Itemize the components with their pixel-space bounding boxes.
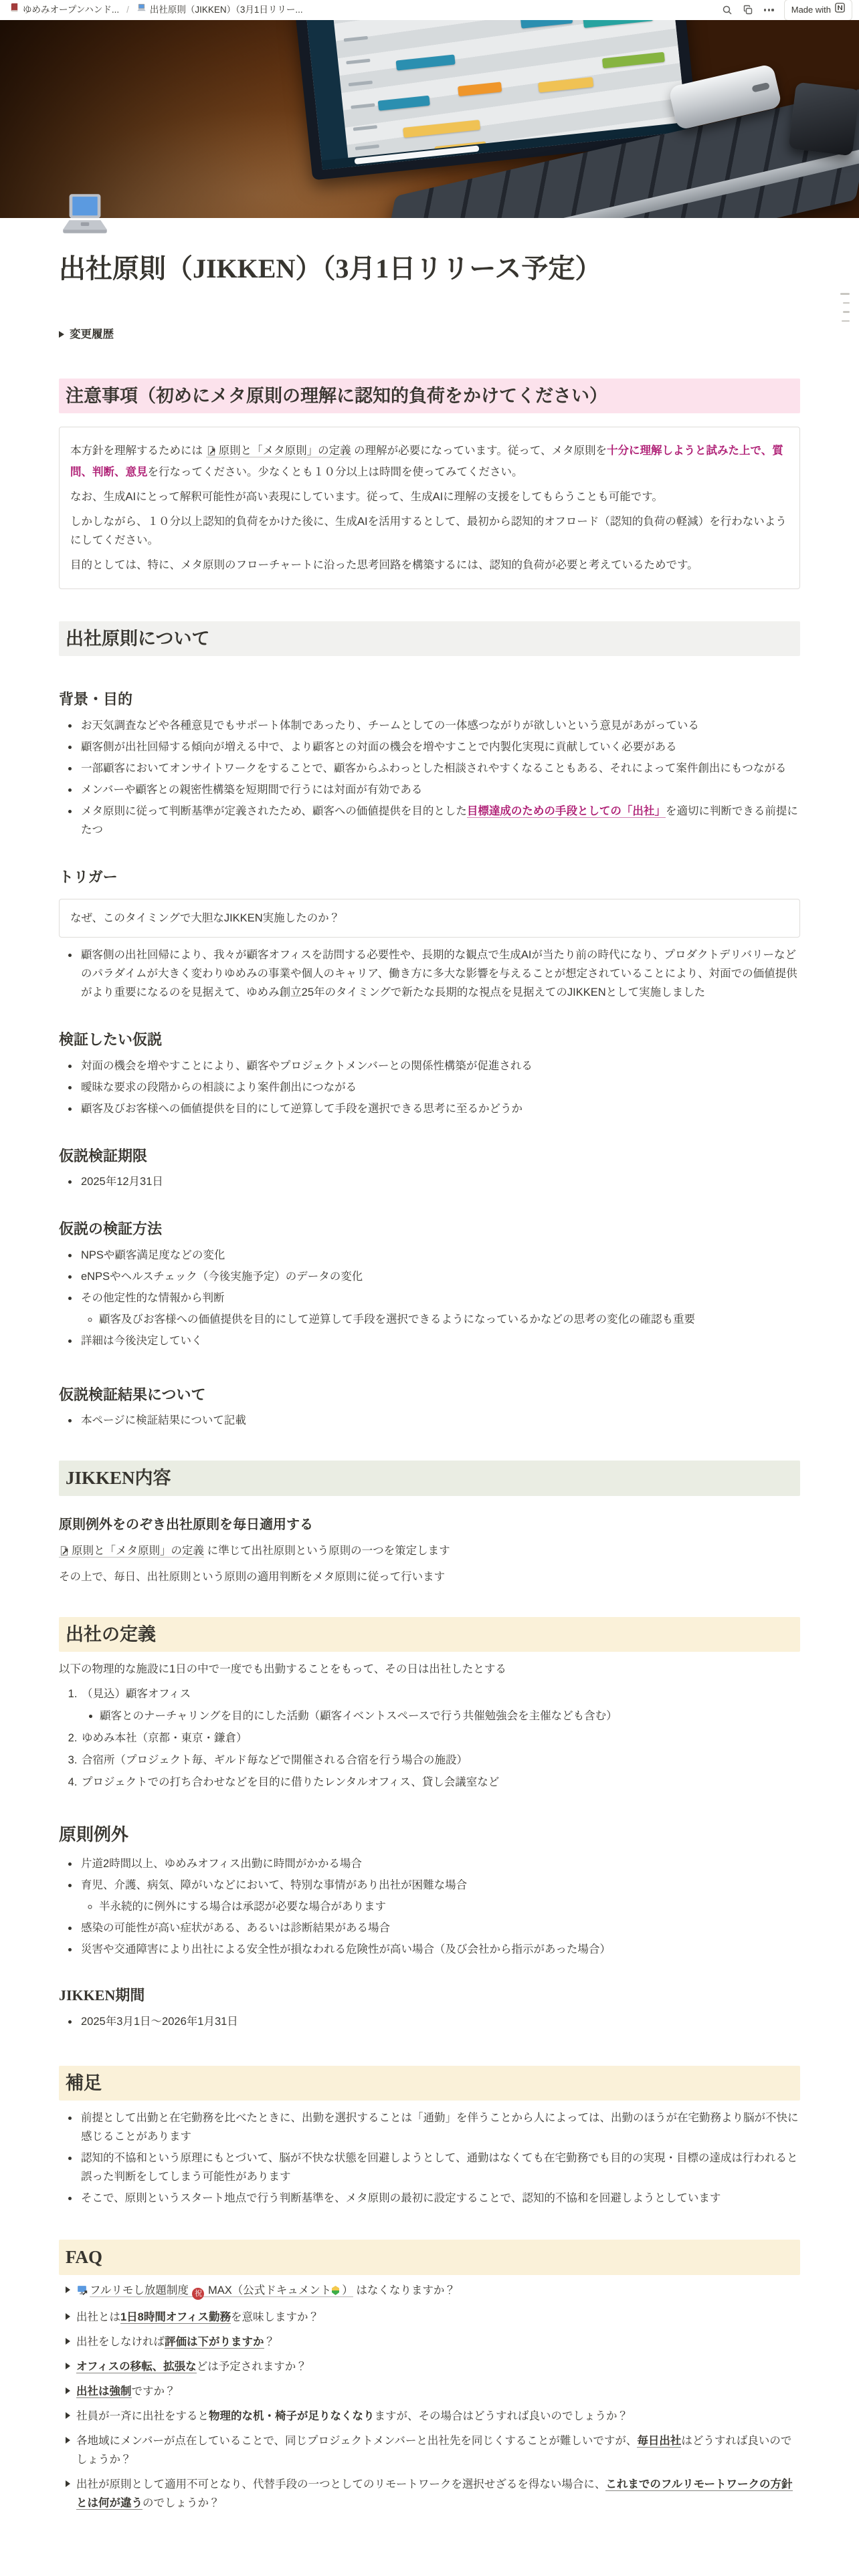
made-with-label: Made with bbox=[791, 3, 831, 17]
faq-question-3: 出社をしなければ評価は下がりますか？ bbox=[76, 2333, 275, 2351]
desktop-page-link-icon bbox=[76, 2283, 88, 2302]
shussha-purpose-link[interactable]: 目標達成のための手段としての「出社」 bbox=[467, 805, 666, 818]
list-item: ゆめみ本社（京都・東京・鎌倉） bbox=[80, 1729, 800, 1747]
b5-pre: メタ原則に従って判断基準が定義されたため、顧客への価値提供を目的とした bbox=[81, 805, 467, 817]
list-item: 顧客及びお客様への価値提供を目的にして逆算して手段を選択できるようになっているか… bbox=[99, 1310, 800, 1329]
list-item: 合宿所（プロジェクト毎、ギルド毎などで開催される合宿を行う場合の施設） bbox=[80, 1751, 800, 1769]
faq-toggle-5[interactable]: 出社は強制ですか？ bbox=[59, 2382, 800, 2401]
breadcrumb-page-label: 出社原則（JIKKEN）（3月1日リリー... bbox=[150, 3, 303, 18]
list-item: 片道2時間以上、ゆめみオフィス出勤に時間がかかる場合 bbox=[79, 1854, 800, 1873]
trigger-question-box: なぜ、このタイミングで大胆なJIKKEN実施したのか？ bbox=[59, 899, 800, 938]
list-item: 顧客側が出社回帰する傾向が増える中で、より顧客との対面の機会を増やすことで内製化… bbox=[79, 738, 800, 756]
list-item: 前提として出勤と在宅勤務を比べたときに、出勤を選択することは「通勤」を伴うことか… bbox=[79, 2109, 800, 2146]
method-bullet-3: その他定性的な情報から判断 bbox=[81, 1292, 225, 1304]
beginner-mark-icon bbox=[331, 2283, 340, 2302]
faq-q1-link-a: フルリモし放題制度 bbox=[90, 2284, 191, 2296]
notice-paragraph-2: なお、生成AIにとって解釈可能性が高い表現にしています。従って、生成AIに理解の… bbox=[70, 488, 789, 506]
result-heading: 仮説検証結果について bbox=[59, 1382, 800, 1407]
breadcrumb-page[interactable]: 出社原則（JIKKEN）（3月1日リリー... bbox=[134, 1, 306, 19]
list-item: 育児、介護、病気、障がいなどにおいて、特別な事情があり出社が困難な場合 半永続的… bbox=[79, 1876, 800, 1916]
list-item: お天気調査などや各種意見でもサポート体制であったり、チームとしての一体感つながり… bbox=[79, 716, 800, 735]
faq-toggle-6[interactable]: 社員が一斉に出社をすると物理的な机・椅子が足りなくなりますが、その場合はどうすれ… bbox=[59, 2407, 800, 2426]
jikken-heading: JIKKEN内容 bbox=[59, 1461, 800, 1495]
method-list: NPSや顧客満足度などの変化 eNPSやヘルスチェック（今後実施予定）のデータの… bbox=[59, 1246, 800, 1350]
page-link-icon bbox=[206, 443, 217, 462]
history-toggle-label: 変更履歴 bbox=[70, 325, 114, 344]
page-link-icon bbox=[59, 1543, 70, 1562]
method-heading: 仮説の検証方法 bbox=[59, 1216, 800, 1241]
faq-question-7: 各地域にメンバーが点在していることで、同じプロジェクトメンバーと出社先を同じくす… bbox=[76, 2432, 800, 2469]
faq-question-5: 出社は強制ですか？ bbox=[76, 2382, 176, 2401]
list-item: 半永続的に例外にする場合は承認が必要な場合があります bbox=[99, 1897, 800, 1916]
made-with-notion-button[interactable]: Made with bbox=[784, 0, 852, 21]
meta-principle-link-2[interactable]: 原則と「メタ原則」の定義 bbox=[59, 1545, 204, 1558]
trigger-list: 顧客側の出社回帰により、我々が顧客オフィスを訪問する必要性や、長期的な観点で生成… bbox=[59, 946, 800, 1002]
list-item: 災害や交通障害により出社による安全性が損なわれる危険性が高い場合（及び会社から指… bbox=[79, 1940, 800, 1959]
toggle-triangle-icon bbox=[66, 2363, 70, 2369]
toggle-triangle-icon bbox=[59, 331, 64, 338]
definition-item-1: （見込）顧客オフィス bbox=[82, 1688, 191, 1700]
definition-heading: 出社の定義 bbox=[59, 1617, 800, 1652]
meta-principle-link-label: 原則と「メタ原則」の定義 bbox=[219, 445, 351, 457]
deadline-heading: 仮説検証期限 bbox=[59, 1144, 800, 1168]
list-item: プロジェクトでの打ち合わせなどを目的に借りたレンタルオフィス、貸し会議室など bbox=[80, 1773, 800, 1792]
breadcrumb: ゆめみオープンハンド... / 出社原則（JIKKEN）（3月1日リリー... bbox=[7, 1, 306, 19]
meta-principle-link[interactable]: 原則と「メタ原則」の定義 bbox=[206, 445, 351, 457]
jikken-paragraph-1: 原則と「メタ原則」の定義 に準じて出社原則という原則の一つを策定します bbox=[59, 1541, 800, 1562]
faq-toggle-2[interactable]: 出社とは1日8時間オフィス勤務を意味しますか？ bbox=[59, 2308, 800, 2327]
page-title: 出社原則（JIKKEN）（3月1日リリース予定） bbox=[59, 251, 800, 286]
toggle-triangle-icon bbox=[66, 2412, 70, 2419]
toggle-triangle-icon bbox=[66, 2387, 70, 2394]
faq-toggle-7[interactable]: 各地域にメンバーが点在していることで、同じプロジェクトメンバーと出社先を同じくす… bbox=[59, 2432, 800, 2469]
list-item: 顧客側の出社回帰により、我々が顧客オフィスを訪問する必要性や、長期的な観点で生成… bbox=[79, 946, 800, 1002]
list-item: （見込）顧客オフィス 顧客とのナーチャリングを目的にした活動（顧客イベントスペー… bbox=[80, 1685, 800, 1725]
hypothesis-list: 対面の機会を増やすことにより、顧客やプロジェクトメンバーとの関係性構築が促進され… bbox=[59, 1057, 800, 1118]
exceptions-heading: 原則例外 bbox=[59, 1820, 800, 1849]
notice-p1-post: を行なってください。少なくとも１０分以上は時間を使ってみてください。 bbox=[148, 466, 523, 478]
list-item: 顧客及びお客様への価値提供を目的にして逆算して手段を選択できる思考に至るかどうか bbox=[79, 1099, 800, 1118]
notice-p1-mid: の理解が必要になっています。従って、メタ原則を bbox=[351, 445, 607, 457]
exceptions-list: 片道2時間以上、ゆめみオフィス出勤に時間がかかる場合 育児、介護、病気、障がいな… bbox=[59, 1854, 800, 1959]
faq-question-2: 出社とは1日8時間オフィス勤務を意味しますか？ bbox=[76, 2308, 319, 2327]
period-list: 2025年3月1日〜2026年1月31日 bbox=[59, 2012, 800, 2031]
page-outline-indicator[interactable] bbox=[840, 293, 850, 322]
faq-toggle-8[interactable]: 出社が原則として適用不可となり、代替手段の一つとしてのリモートワークを選択せざる… bbox=[59, 2475, 800, 2512]
outline-dash[interactable] bbox=[842, 320, 850, 322]
topbar: ゆめみオープンハンド... / 出社原則（JIKKEN）（3月1日リリー... … bbox=[0, 0, 859, 20]
list-item: その他定性的な情報から判断 顧客及びお客様への価値提供を目的にして逆算して手段を… bbox=[79, 1289, 800, 1329]
topbar-actions: Made with bbox=[722, 0, 852, 21]
faq-question-8: 出社が原則として適用不可となり、代替手段の一つとしてのリモートワークを選択せざる… bbox=[76, 2475, 800, 2512]
faq-question-4: オフィスの移転、拡張などは予定されますか？ bbox=[76, 2357, 307, 2376]
jikken-subheading: 原則例外をのぞき出社原則を毎日適用する bbox=[59, 1513, 800, 1536]
breadcrumb-workspace-label: ゆめみオープンハンド... bbox=[23, 3, 119, 18]
notion-logo-icon bbox=[835, 3, 845, 17]
faq-heading: FAQ bbox=[59, 2240, 800, 2274]
about-heading: 出社原則について bbox=[59, 621, 800, 656]
toggle-triangle-icon bbox=[66, 2480, 70, 2487]
trigger-heading: トリガー bbox=[59, 865, 800, 889]
toggle-triangle-icon bbox=[66, 2437, 70, 2444]
duplicate-icon[interactable] bbox=[743, 5, 754, 16]
faq-q1-link-c: ） bbox=[342, 2284, 353, 2296]
deadline-list: 2025年12月31日 bbox=[59, 1172, 800, 1191]
celebration-badge-icon: 祝 bbox=[192, 2288, 204, 2300]
outline-dash[interactable] bbox=[843, 302, 850, 304]
exceptions-b2: 育児、介護、病気、障がいなどにおいて、特別な事情があり出社が困難な場合 bbox=[81, 1879, 467, 1891]
list-item: 詳細は今後決定していく bbox=[79, 1331, 800, 1350]
background-list: お天気調査などや各種意見でもサポート体制であったり、チームとしての一体感つながり… bbox=[59, 716, 800, 839]
list-item: 感染の可能性が高い症状がある、あるいは診断結果がある場合 bbox=[79, 1919, 800, 1937]
page-content: 出社原則（JIKKEN）（3月1日リリース予定） 変更履歴 注意事項（初めにメタ… bbox=[59, 190, 800, 2512]
faq-toggle-4[interactable]: オフィスの移転、拡張などは予定されますか？ bbox=[59, 2357, 800, 2376]
notice-paragraph-3: しかしながら、１０分以上認知的負荷をかけた後に、生成AIを活用するとして、最初か… bbox=[70, 512, 789, 550]
breadcrumb-workspace[interactable]: ゆめみオープンハンド... bbox=[7, 1, 122, 19]
cover-app-sidebar bbox=[306, 20, 349, 170]
trigger-question: なぜ、このタイミングで大胆なJIKKEN実施したのか？ bbox=[70, 909, 789, 928]
definition-intro: 以下の物理的な施設に1日の中で一度でも出勤することをもって、その日は出社したとす… bbox=[59, 1660, 800, 1679]
book-icon bbox=[9, 3, 19, 18]
jikken-p1-post: に準じて出社原則という原則の一つを策定します bbox=[204, 1545, 450, 1557]
laptop-mini-icon bbox=[136, 3, 147, 18]
period-heading: JIKKEN期間 bbox=[59, 1983, 800, 2008]
outline-dash[interactable] bbox=[843, 311, 850, 313]
supplement-heading: 補足 bbox=[59, 2066, 800, 2101]
list-item: 本ページに検証結果について記載 bbox=[79, 1411, 800, 1430]
list-item: そこで、原則というスタート地点で行う判断基準を、メタ原則の最初に設定することで、… bbox=[79, 2189, 800, 2208]
definition-list: （見込）顧客オフィス 顧客とのナーチャリングを目的にした活動（顧客イベントスペー… bbox=[59, 1685, 800, 1792]
full-remote-policy-link[interactable]: フルリモし放題制度 祝 MAX（公式ドキュメント） bbox=[90, 2284, 353, 2297]
faq-question-1: フルリモし放題制度 祝 MAX（公式ドキュメント） はなくなりますか？ bbox=[76, 2281, 456, 2302]
list-item: 対面の機会を増やすことにより、顧客やプロジェクトメンバーとの関係性構築が促進され… bbox=[79, 1057, 800, 1075]
search-icon[interactable] bbox=[722, 5, 733, 16]
list-item: 顧客とのナーチャリングを目的にした活動（顧客イベントスペースで行う共催勉強会を主… bbox=[100, 1707, 800, 1725]
faq-list: フルリモし放題制度 祝 MAX（公式ドキュメント） はなくなりますか？ 出社とは… bbox=[59, 2281, 800, 2512]
outline-dash[interactable] bbox=[840, 293, 850, 295]
cover-photo bbox=[0, 20, 859, 218]
list-item: メンバーや顧客との親密性構築を短期間で行うには対面が有効である bbox=[79, 780, 800, 799]
hypothesis-heading: 検証したい仮説 bbox=[59, 1027, 800, 1052]
list-item: メタ原則に従って判断基準が定義されたため、顧客への価値提供を目的とした目標達成の… bbox=[79, 802, 800, 839]
history-toggle[interactable]: 変更履歴 bbox=[59, 325, 800, 344]
toggle-triangle-icon bbox=[66, 2313, 70, 2320]
list-item: eNPSやヘルスチェック（今後実施予定）のデータの変化 bbox=[79, 1267, 800, 1286]
cover-gadget bbox=[788, 82, 859, 156]
page-laptop-icon bbox=[59, 190, 111, 242]
notice-paragraph-1: 本方針を理解するためには 原則と「メタ原則」の定義 の理解が必要になっています。… bbox=[70, 441, 789, 481]
toggle-triangle-icon bbox=[66, 2338, 70, 2345]
list-item: 曖昧な要求の段階からの相談により案件創出につながる bbox=[79, 1078, 800, 1097]
breadcrumb-separator: / bbox=[126, 3, 129, 18]
notice-heading: 注意事項（初めにメタ原則の理解に認知的負荷をかけてください） bbox=[59, 379, 800, 413]
more-menu-icon[interactable] bbox=[763, 5, 775, 16]
list-item: 一部顧客においてオンサイトワークをすることで、顧客からふわっとした相談されやすく… bbox=[79, 759, 800, 778]
notice-box: 本方針を理解するためには 原則と「メタ原則」の定義 の理解が必要になっています。… bbox=[59, 427, 800, 588]
list-item: 2025年3月1日〜2026年1月31日 bbox=[79, 2012, 800, 2031]
faq-q1-suffix: はなくなりますか？ bbox=[353, 2284, 456, 2296]
notice-p1-pre: 本方針を理解するためには bbox=[70, 445, 206, 457]
list-item: 2025年12月31日 bbox=[79, 1172, 800, 1191]
faq-q1-link-b: MAX（公式ドキュメント bbox=[205, 2284, 331, 2296]
notice-paragraph-4: 目的としては、特に、メタ原則のフローチャートに沿った思考回路を構築するには、認知… bbox=[70, 556, 789, 574]
background-heading: 背景・目的 bbox=[59, 687, 800, 712]
result-list: 本ページに検証結果について記載 bbox=[59, 1411, 800, 1430]
jikken-paragraph-2: その上で、毎日、出社原則という原則の適用判断をメタ原則に従って行います bbox=[59, 1568, 800, 1586]
supplement-list: 前提として出勤と在宅勤務を比べたときに、出勤を選択することは「通勤」を伴うことか… bbox=[59, 2109, 800, 2208]
faq-toggle-1[interactable]: フルリモし放題制度 祝 MAX（公式ドキュメント） はなくなりますか？ bbox=[59, 2281, 800, 2302]
meta-principle-link-2-label: 原則と「メタ原則」の定義 bbox=[72, 1545, 204, 1557]
faq-toggle-3[interactable]: 出社をしなければ評価は下がりますか？ bbox=[59, 2333, 800, 2351]
faq-question-6: 社員が一斉に出社をすると物理的な机・椅子が足りなくなりますが、その場合はどうすれ… bbox=[76, 2407, 628, 2426]
toggle-triangle-icon bbox=[66, 2286, 70, 2293]
list-item: NPSや顧客満足度などの変化 bbox=[79, 1246, 800, 1265]
list-item: 認知的不協和という原理にもとづいて、脳が不快な状態を回避しようとして、通勤はなく… bbox=[79, 2149, 800, 2186]
